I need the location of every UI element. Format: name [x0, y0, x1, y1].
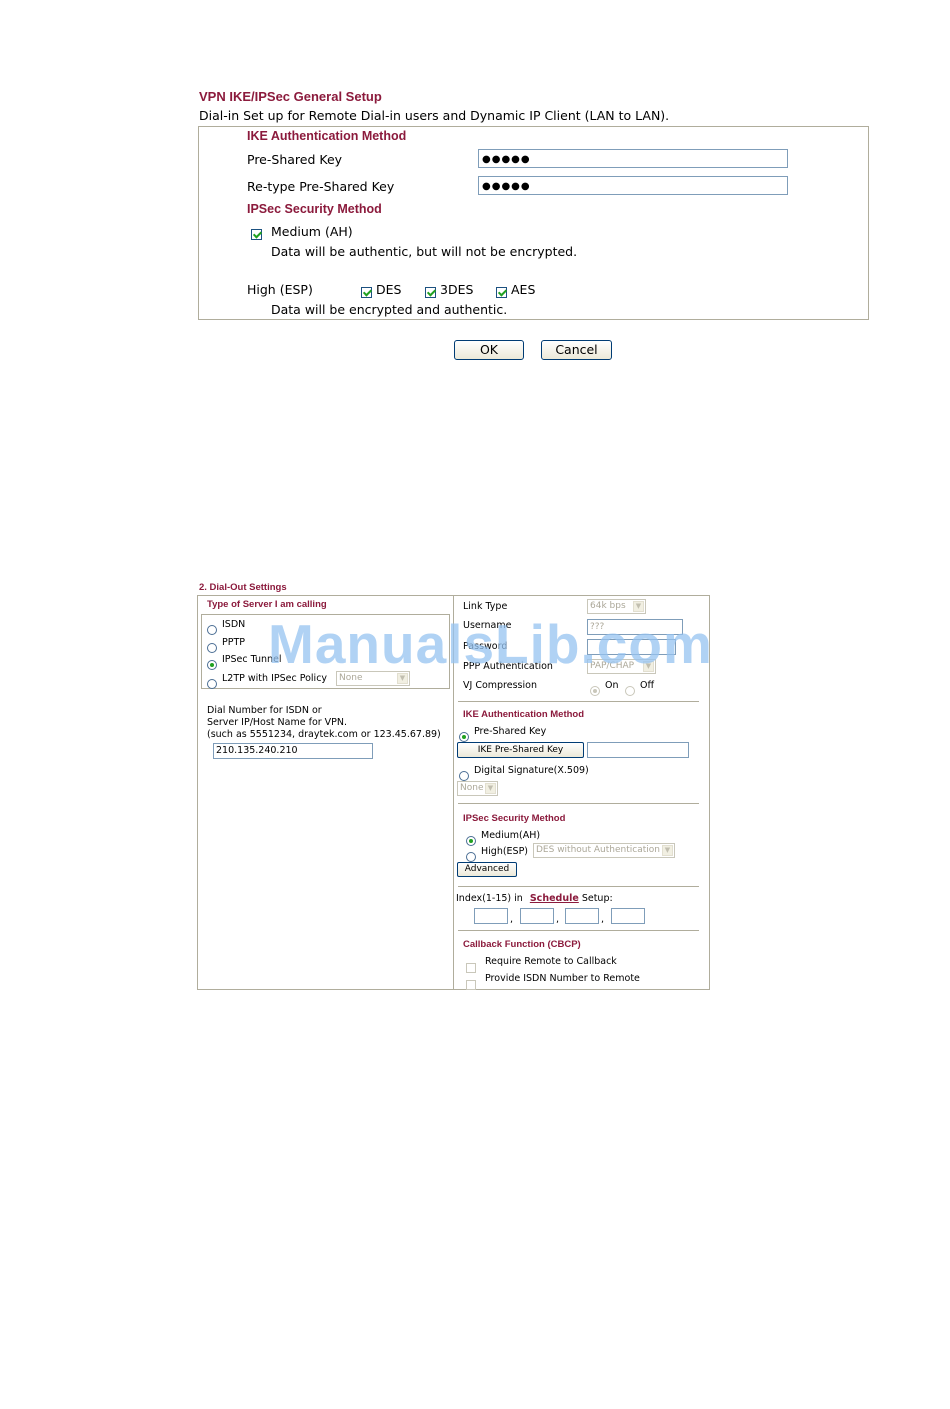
- password-input[interactable]: [587, 639, 676, 655]
- dial-out-ipsec-heading: IPSec Security Method: [463, 813, 565, 824]
- chevron-down-icon: ▼: [633, 601, 644, 612]
- schedule-setup-row: Index(1-15) in Schedule Setup:: [456, 893, 613, 904]
- radio-icon: [625, 686, 635, 696]
- high-esp-note: Data will be encrypted and authentic.: [271, 302, 507, 317]
- comma: ,: [510, 914, 513, 925]
- digital-signature-select[interactable]: None ▼: [457, 781, 498, 796]
- checkbox-checked-icon: [361, 287, 372, 298]
- medium-ah-radio-label: Medium(AH): [481, 830, 540, 841]
- ike-pre-shared-key-button[interactable]: IKE Pre-Shared Key: [457, 742, 584, 758]
- dial-number-input[interactable]: 210.135.240.210: [213, 743, 373, 759]
- checkbox-checked-icon: [251, 229, 262, 240]
- ipsec-method-heading: IPSec Security Method: [247, 202, 382, 216]
- radio-selected-icon: [459, 732, 469, 742]
- digital-signature-label: Digital Signature(X.509): [474, 765, 589, 776]
- dial-out-ike-heading: IKE Authentication Method: [463, 709, 584, 720]
- radio-icon: [466, 852, 476, 862]
- pre-shared-key-radio-label: Pre-Shared Key: [474, 726, 546, 737]
- checkbox-checked-icon: [496, 287, 507, 298]
- high-esp-select[interactable]: DES without Authentication ▼: [533, 843, 675, 858]
- server-type-ipsec-label: IPSec Tunnel: [222, 654, 282, 665]
- cancel-button[interactable]: Cancel: [541, 340, 612, 360]
- dial-number-label-1: Dial Number for ISDN or: [207, 705, 322, 716]
- ppp-auth-label: PPP Authentication: [463, 661, 553, 672]
- comma: ,: [556, 914, 559, 925]
- medium-ah-label: Medium (AH): [271, 224, 353, 239]
- vj-on-radio[interactable]: [590, 681, 600, 700]
- des-label: DES: [376, 282, 401, 297]
- pre-shared-key-input[interactable]: ●●●●●: [478, 149, 788, 168]
- high-esp-radio-label: High(ESP): [481, 846, 528, 857]
- server-type-isdn-radio[interactable]: [207, 620, 217, 639]
- radio-selected-icon: [466, 836, 476, 846]
- server-type-l2tp-radio[interactable]: [207, 674, 217, 693]
- schedule-index-1[interactable]: [474, 908, 508, 924]
- checkbox-checked-icon: [425, 287, 436, 298]
- server-type-isdn-label: ISDN: [222, 619, 245, 630]
- digital-signature-value: None: [460, 783, 483, 793]
- 3des-label: 3DES: [440, 282, 473, 297]
- ok-button[interactable]: OK: [454, 340, 524, 360]
- aes-label: AES: [511, 282, 535, 297]
- 3des-checkbox[interactable]: [425, 282, 436, 301]
- username-label: Username: [463, 620, 511, 631]
- dial-number-label-3: (such as 5551234, draytek.com or 123.45.…: [207, 729, 441, 740]
- high-esp-value: DES without Authentication: [536, 845, 660, 855]
- l2tp-policy-value: None: [339, 673, 362, 683]
- server-type-ipsec-radio[interactable]: [207, 655, 217, 674]
- server-type-pptp-label: PPTP: [222, 637, 245, 648]
- provide-isdn-checkbox[interactable]: [466, 974, 476, 993]
- schedule-prefix: Index(1-15) in: [456, 893, 523, 904]
- retype-key-label: Re-type Pre-Shared Key: [247, 179, 394, 194]
- server-type-l2tp-label: L2TP with IPSec Policy: [222, 673, 327, 684]
- provide-isdn-label: Provide ISDN Number to Remote: [485, 973, 640, 984]
- link-type-value: 64k bps: [590, 601, 626, 611]
- dial-number-label-2: Server IP/Host Name for VPN.: [207, 717, 347, 728]
- vj-compression-label: VJ Compression: [463, 680, 537, 691]
- vj-off-label: Off: [640, 680, 654, 691]
- page-description: Dial-in Set up for Remote Dial-in users …: [199, 108, 669, 123]
- vj-off-radio[interactable]: [625, 681, 635, 700]
- divider: [458, 701, 699, 702]
- vj-on-label: On: [605, 680, 619, 691]
- l2tp-policy-select[interactable]: None ▼: [336, 671, 410, 686]
- dial-out-title: 2. Dial-Out Settings: [199, 582, 287, 593]
- schedule-link[interactable]: Schedule: [530, 893, 579, 904]
- schedule-suffix: Setup:: [582, 893, 613, 904]
- link-type-label: Link Type: [463, 601, 507, 612]
- callback-heading: Callback Function (CBCP): [463, 939, 581, 950]
- checkbox-icon: [466, 980, 476, 990]
- chevron-down-icon: ▼: [397, 673, 408, 684]
- radio-selected-icon: [590, 686, 600, 696]
- radio-icon: [207, 625, 217, 635]
- retype-key-input[interactable]: ●●●●●: [478, 176, 788, 195]
- ppp-auth-value: PAP/CHAP: [590, 661, 634, 671]
- radio-icon: [459, 771, 469, 781]
- medium-ah-checkbox[interactable]: [251, 224, 262, 243]
- ike-auth-heading: IKE Authentication Method: [247, 129, 406, 143]
- ike-setup-panel: IKE Authentication Method Pre-Shared Key…: [198, 126, 869, 320]
- checkbox-icon: [466, 963, 476, 973]
- server-type-heading: Type of Server I am calling: [207, 599, 327, 610]
- radio-selected-icon: [207, 660, 217, 670]
- radio-icon: [207, 643, 217, 653]
- chevron-down-icon: ▼: [643, 661, 654, 672]
- chevron-down-icon: ▼: [662, 845, 673, 856]
- high-esp-label: High (ESP): [247, 282, 313, 297]
- schedule-index-2[interactable]: [520, 908, 554, 924]
- divider: [458, 803, 699, 804]
- aes-checkbox[interactable]: [496, 282, 507, 301]
- des-checkbox[interactable]: [361, 282, 372, 301]
- pre-shared-key-label: Pre-Shared Key: [247, 152, 342, 167]
- schedule-index-4[interactable]: [611, 908, 645, 924]
- divider: [458, 886, 699, 887]
- divider: [458, 930, 699, 931]
- radio-icon: [207, 679, 217, 689]
- comma: ,: [601, 914, 604, 925]
- advanced-button[interactable]: Advanced: [457, 862, 517, 877]
- username-input[interactable]: ???: [587, 619, 683, 635]
- link-type-select[interactable]: 64k bps ▼: [587, 599, 646, 614]
- password-label: Password: [463, 641, 507, 652]
- schedule-index-3[interactable]: [565, 908, 599, 924]
- medium-ah-note: Data will be authentic, but will not be …: [271, 244, 577, 259]
- column-divider: [453, 596, 454, 989]
- ppp-auth-select[interactable]: PAP/CHAP ▼: [587, 659, 656, 674]
- chevron-down-icon: ▼: [485, 783, 496, 794]
- require-callback-label: Require Remote to Callback: [485, 956, 617, 967]
- page-title: VPN IKE/IPSec General Setup: [199, 89, 382, 104]
- ike-pre-shared-key-input[interactable]: [587, 742, 689, 758]
